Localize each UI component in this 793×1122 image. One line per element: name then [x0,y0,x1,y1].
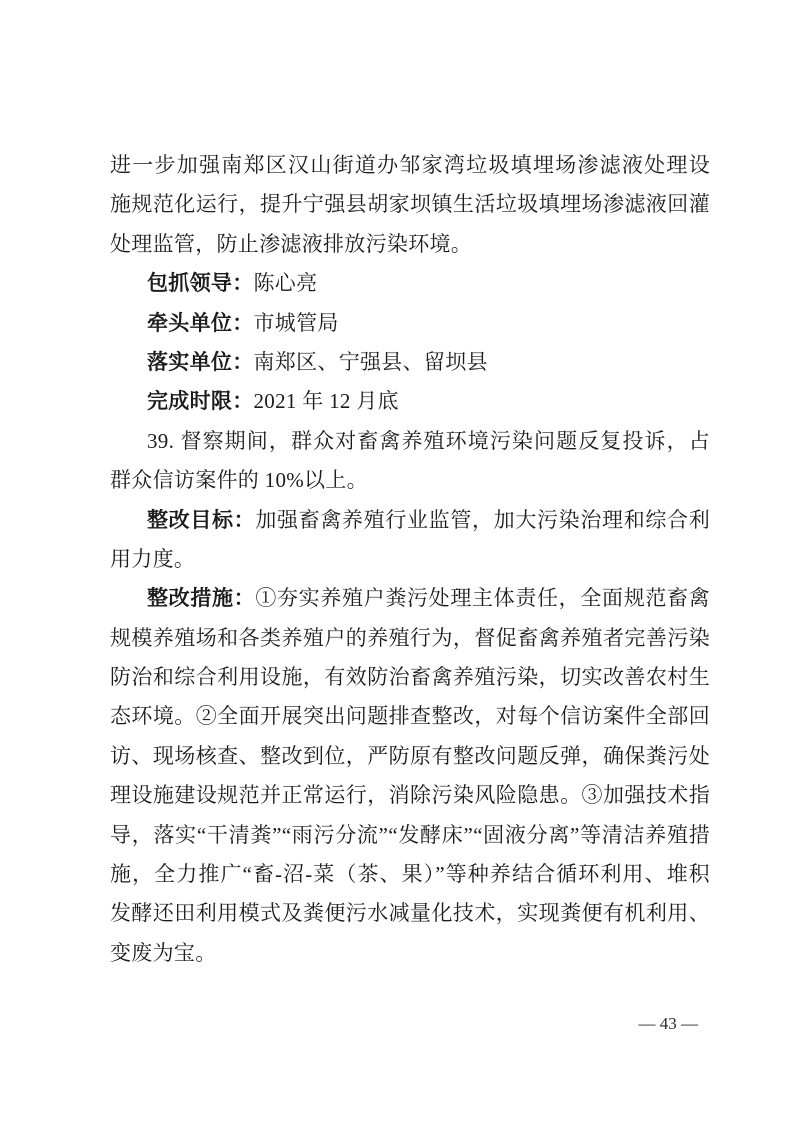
paragraph-label: 包抓领导： [147,272,254,295]
page-number: — 43 — [639,1012,699,1036]
document-page: 进一步加强南郑区汉山街道办邹家湾垃圾填埋场渗滤液处理设施规范化运行，提升宁强县胡… [0,0,793,1122]
paragraph-label: 整改目标： [147,509,255,532]
text-line: 导，落实“干清粪”“雨污分流”“发酵床”“固液分离”等清洁养殖措 [110,816,710,855]
text-line: 施，全力推广“畜-沼-菜（茶、果）”等种养结合循环利用、堆积 [110,855,710,894]
text-line: 处理监管，防止渗滤液排放污染环境。 [110,225,710,264]
text-line: 包抓领导：陈心亮 [110,264,710,303]
text-block: 进一步加强南郑区汉山街道办邹家湾垃圾填埋场渗滤液处理设施规范化运行，提升宁强县胡… [110,146,710,973]
text-line: 群众信访案件的 10%以上。 [110,461,710,500]
paragraph-label: 落实单位： [147,351,254,374]
text-line: 完成时限：2021 年 12 月底 [110,382,710,421]
paragraph-label: 整改措施： [147,587,255,610]
text-line: 落实单位：南郑区、宁强县、留坝县 [110,343,710,382]
text-line: 访、现场核查、整改到位，严防原有整改问题反弹，确保粪污处 [110,737,710,776]
text-line: 变废为宝。 [110,934,710,973]
text-line: 整改措施：①夯实养殖户粪污处理主体责任，全面规范畜禽 [110,579,710,618]
text-line: 理设施建设规范并正常运行，消除污染风险隐患。③加强技术指 [110,776,710,815]
text-line: 发酵还田利用模式及粪便污水减量化技术，实现粪便有机利用、 [110,894,710,933]
text-line: 施规范化运行，提升宁强县胡家坝镇生活垃圾填埋场渗滤液回灌 [110,185,710,224]
text-line: 防治和综合利用设施，有效防治畜禽养殖污染，切实改善农村生 [110,658,710,697]
text-line: 整改目标：加强畜禽养殖行业监管，加大污染治理和综合利 [110,501,710,540]
text-line: 39. 督察期间，群众对畜禽养殖环境污染问题反复投诉，占 [110,422,710,461]
text-line: 规模养殖场和各类养殖户的养殖行为，督促畜禽养殖者完善污染 [110,619,710,658]
paragraph-label: 完成时限： [147,390,254,413]
text-line: 态环境。②全面开展突出问题排查整改，对每个信访案件全部回 [110,697,710,736]
text-line: 牵头单位：市城管局 [110,304,710,343]
paragraph-label: 牵头单位： [147,312,254,335]
text-line: 用力度。 [110,540,710,579]
text-line: 进一步加强南郑区汉山街道办邹家湾垃圾填埋场渗滤液处理设 [110,146,710,185]
